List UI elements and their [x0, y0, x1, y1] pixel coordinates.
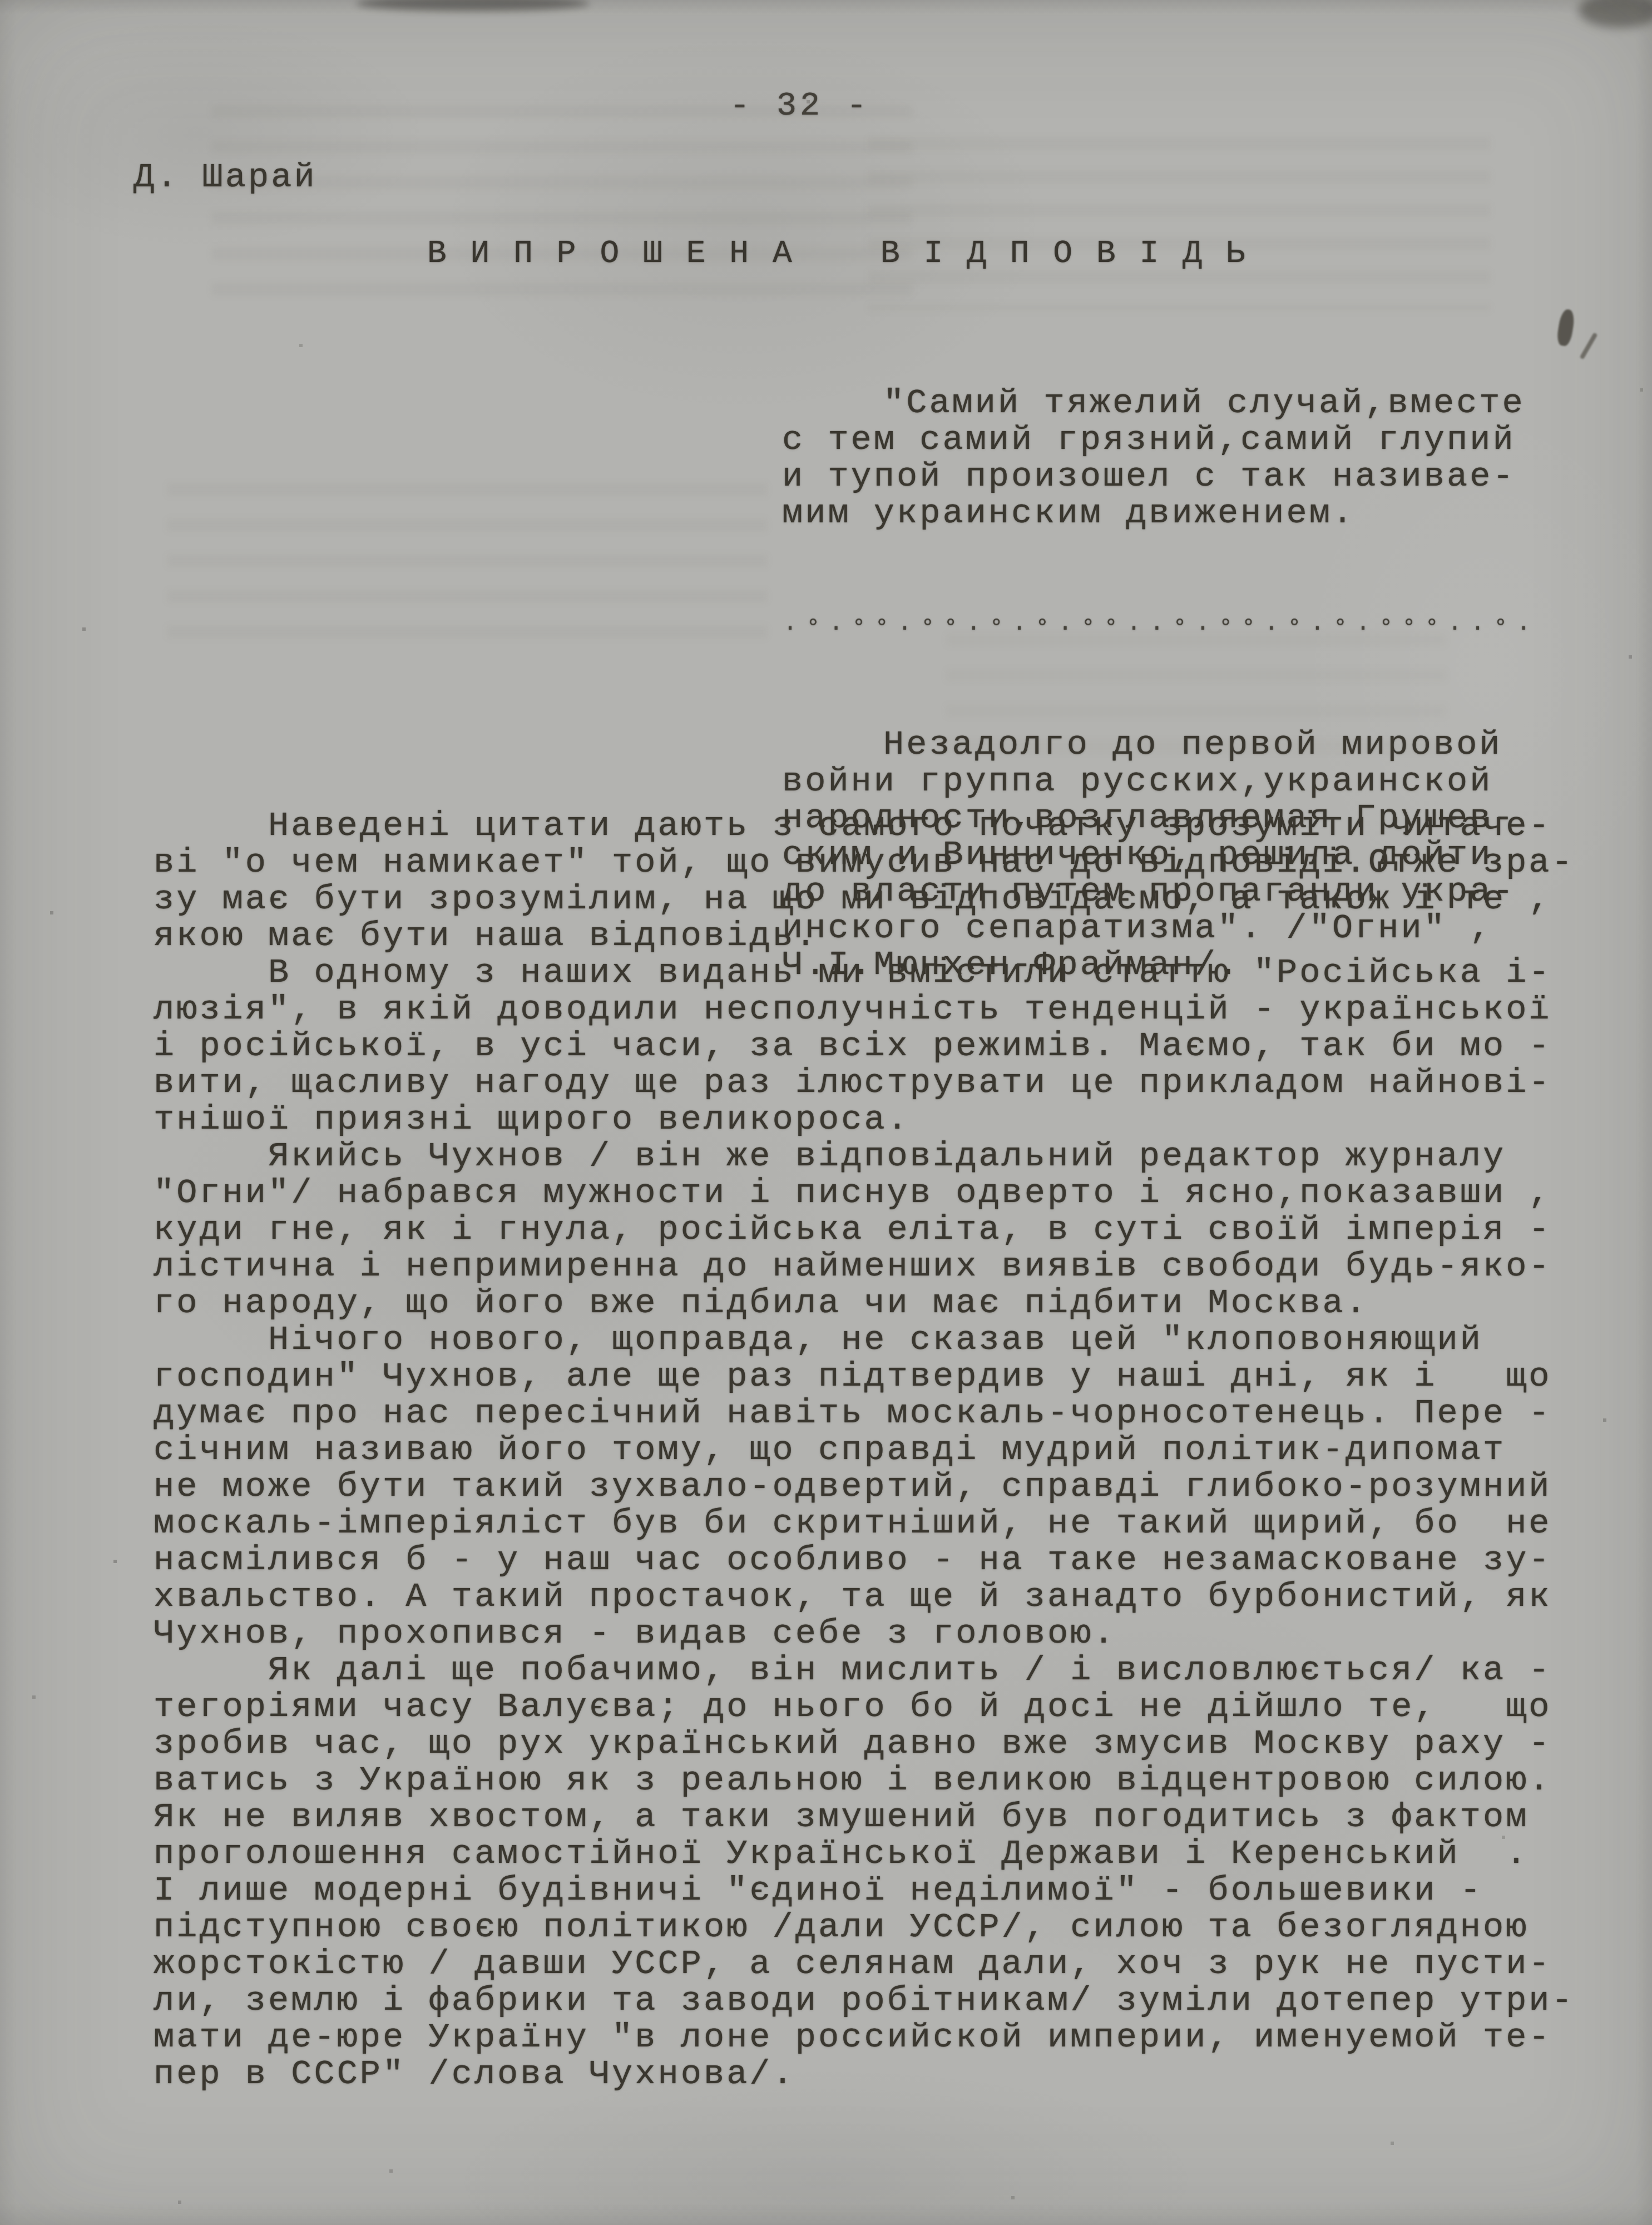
- text-line: Незадолго до первой мировой: [782, 726, 1555, 763]
- text-line: ві "о чем намикает" той, що вимусив нас …: [154, 844, 1622, 881]
- text-line: якою має бути наша відповідь.: [154, 918, 1622, 955]
- text-line: ватись з Україною як з реальною і велико…: [154, 1762, 1622, 1799]
- paragraph: Як далі ще побачимо, він мислить / і вис…: [154, 1652, 1622, 2093]
- text-line: Як далі ще побачимо, він мислить / і вис…: [154, 1652, 1622, 1689]
- text-line: пер в СССР" /слова Чухнова/.: [154, 2056, 1622, 2093]
- text-line: не може бути такий зухвало-одвертий, спр…: [154, 1468, 1622, 1505]
- text-line: проголошення самостійної Української Дер…: [154, 1836, 1622, 1872]
- text-line: В одному з наших видань ми вмістили стат…: [154, 955, 1622, 991]
- author-byline: Д. Шарай: [133, 159, 317, 196]
- page-number: - 32 -: [730, 88, 870, 125]
- text-line: хвальство. А такий простачок, та ще й за…: [154, 1579, 1622, 1615]
- text-line: войни группа русских,украинской: [782, 763, 1555, 800]
- ink-slash-mark: [1580, 332, 1598, 359]
- text-line: ли, землю і фабрики та заводи робітникам…: [154, 1982, 1622, 2019]
- text-line: го народу, що його вже підбила чи має пі…: [154, 1285, 1622, 1322]
- bleed-through-ghost: [868, 128, 1491, 311]
- text-line: насмілився б - у наш час особливо - на т…: [154, 1542, 1622, 1579]
- text-line: вити, щасливу нагоду ще раз ілюструвати …: [154, 1065, 1622, 1101]
- text-line: "Огни"/ набрався мужности і писнув одвер…: [154, 1175, 1622, 1212]
- paragraph: Наведені цитати дають з самого початку з…: [154, 808, 1622, 955]
- bleed-through-ghost: [211, 93, 912, 316]
- body-text: Наведені цитати дають з самого початку з…: [154, 808, 1622, 2093]
- text-line: думає про нас пересічний навіть москаль-…: [154, 1395, 1622, 1432]
- text-line: куди гне, як і гнула, російська еліта, в…: [154, 1212, 1622, 1248]
- text-line: люзія", в якій доводили несполучність те…: [154, 991, 1622, 1028]
- text-line: жорстокістю / давши УССР, а селянам дали…: [154, 1946, 1622, 1982]
- article-title: В И П Р О Ш Е Н А В І Д П О В І Д Ь: [427, 236, 1248, 273]
- text-line: січним називаю його тому, що справді муд…: [154, 1432, 1622, 1468]
- text-line: господин" Чухнов, але ще раз підтвердив …: [154, 1358, 1622, 1395]
- quote-paragraph: "Самий тяжелий случай,вместес тем самий …: [782, 385, 1555, 532]
- text-line: лістична і непримиренна до найменших вия…: [154, 1248, 1622, 1285]
- text-line: І лише модерні будівничі "єдиної неділим…: [154, 1872, 1622, 1909]
- text-line: тнішої приязні щирого великороса.: [154, 1101, 1622, 1138]
- text-line: Нічого нового, щоправда, не сказав цей "…: [154, 1322, 1622, 1358]
- text-line: Як не виляв хвостом, а таки змушений був…: [154, 1799, 1622, 1836]
- text-line: москаль-імперіяліст був би скритніший, н…: [154, 1505, 1622, 1542]
- text-line: и тупой произошел с так називае-: [782, 458, 1555, 495]
- text-line: і російської, в усі часи, за всіх режимі…: [154, 1028, 1622, 1065]
- paper-specks: [0, 0, 1, 1]
- paper-stain: [1579, 0, 1652, 28]
- paragraph: Якийсь Чухнов / він же відповідальний ре…: [154, 1138, 1622, 1322]
- text-line: мати де-юре Україну "в лоне российской и…: [154, 2019, 1622, 2056]
- text-line: підступною своєю політикою /дали УССР/, …: [154, 1909, 1622, 1946]
- text-line: Чухнов, прохопився - видав себе з голово…: [154, 1615, 1622, 1652]
- text-line: с тем самий грязний,самий глупий: [782, 422, 1555, 458]
- ink-blot-mark: [1556, 308, 1576, 347]
- text-line: мим украинским движением.: [782, 495, 1555, 532]
- paper-stain: [356, 0, 590, 11]
- document-page: - 32 - Д. Шарай В И П Р О Ш Е Н А В І Д …: [0, 0, 1652, 2225]
- dotted-separator: ·°·°°·°°·°·°·°°··°·°°·°·°·°°°··°·: [783, 612, 1555, 645]
- paragraph: В одному з наших видань ми вмістили стат…: [154, 955, 1622, 1138]
- text-line: Наведені цитати дають з самого початку з…: [154, 808, 1622, 844]
- text-line: зробив час, що рух український давно вже…: [154, 1725, 1622, 1762]
- text-line: Якийсь Чухнов / він же відповідальний ре…: [154, 1138, 1622, 1175]
- text-line: тегоріями часу Валуєва; до нього бо й до…: [154, 1689, 1622, 1725]
- paragraph: Нічого нового, щоправда, не сказав цей "…: [154, 1322, 1622, 1652]
- text-line: зу має бути зрозумілим, на що ми відпові…: [154, 881, 1622, 918]
- bleed-through-ghost: [167, 473, 768, 656]
- text-line: "Самий тяжелий случай,вместе: [782, 385, 1555, 422]
